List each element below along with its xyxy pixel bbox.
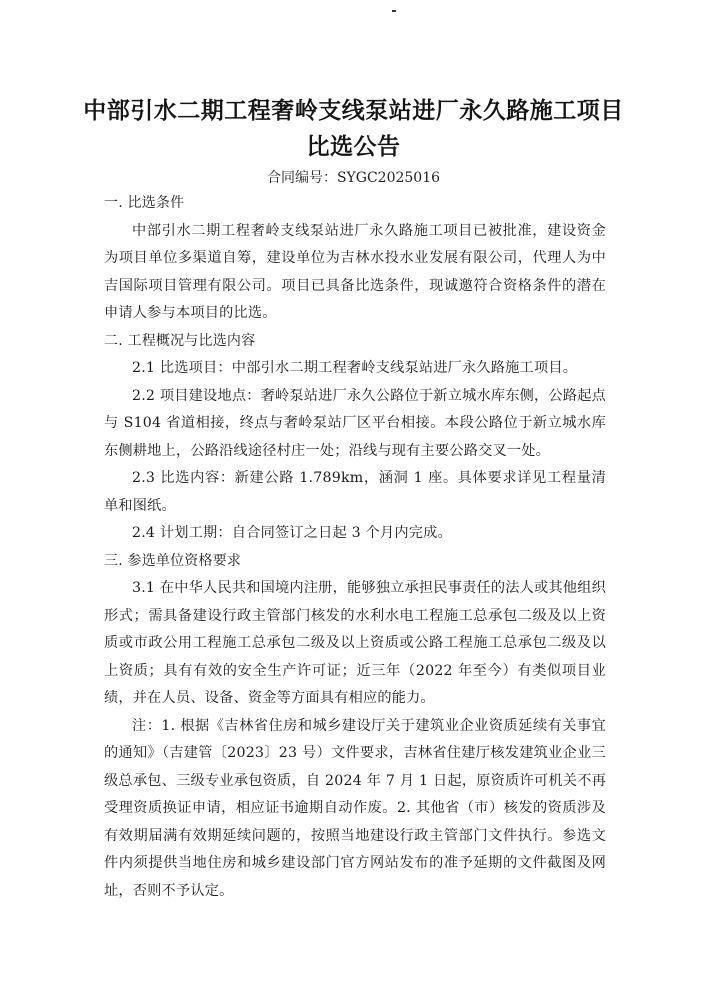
paragraph-1-1: 中部引水二期工程奢岭支线泵站进厂永久路施工项目已被批准，建设资金为项目单位多渠道… <box>104 218 606 328</box>
section-heading-2: 二. 工程概况与比选内容 <box>104 328 606 356</box>
paragraph-2-3: 2.3 比选内容：新建公路 1.789km，涵洞 1 座。具体要求详见工程量清单… <box>104 465 606 520</box>
paragraph-2-4: 2.4 计划工期：自合同签订之日起 3 个月内完成。 <box>104 520 606 548</box>
document-title-line1: 中部引水二期工程奢岭支线泵站进厂永久路施工项目 <box>0 92 707 125</box>
document-page: 中部引水二期工程奢岭支线泵站进厂永久路施工项目 比选公告 合同编号：SYGC20… <box>0 0 707 1000</box>
document-title-line2: 比选公告 <box>0 128 707 161</box>
contract-number: 合同编号：SYGC2025016 <box>0 167 707 187</box>
document-body: 一. 比选条件 中部引水二期工程奢岭支线泵站进厂永久路施工项目已被批准，建设资金… <box>104 190 606 905</box>
section-heading-1: 一. 比选条件 <box>104 190 606 218</box>
paragraph-3-note: 注：1. 根据《吉林省住房和城乡建设厅关于建筑业企业资质延续有关事宜的通知》（吉… <box>104 713 606 906</box>
scan-mark <box>392 10 396 12</box>
section-heading-3: 三. 参选单位资格要求 <box>104 548 606 576</box>
paragraph-2-1: 2.1 比选项目：中部引水二期工程奢岭支线泵站进厂永久路施工项目。 <box>104 355 606 383</box>
paragraph-2-2: 2.2 项目建设地点：奢岭泵站进厂永久公路位于新立城水库东侧，公路起点与 S10… <box>104 383 606 466</box>
paragraph-3-1: 3.1 在中华人民共和国境内注册，能够独立承担民事责任的法人或其他组织形式；需具… <box>104 575 606 713</box>
